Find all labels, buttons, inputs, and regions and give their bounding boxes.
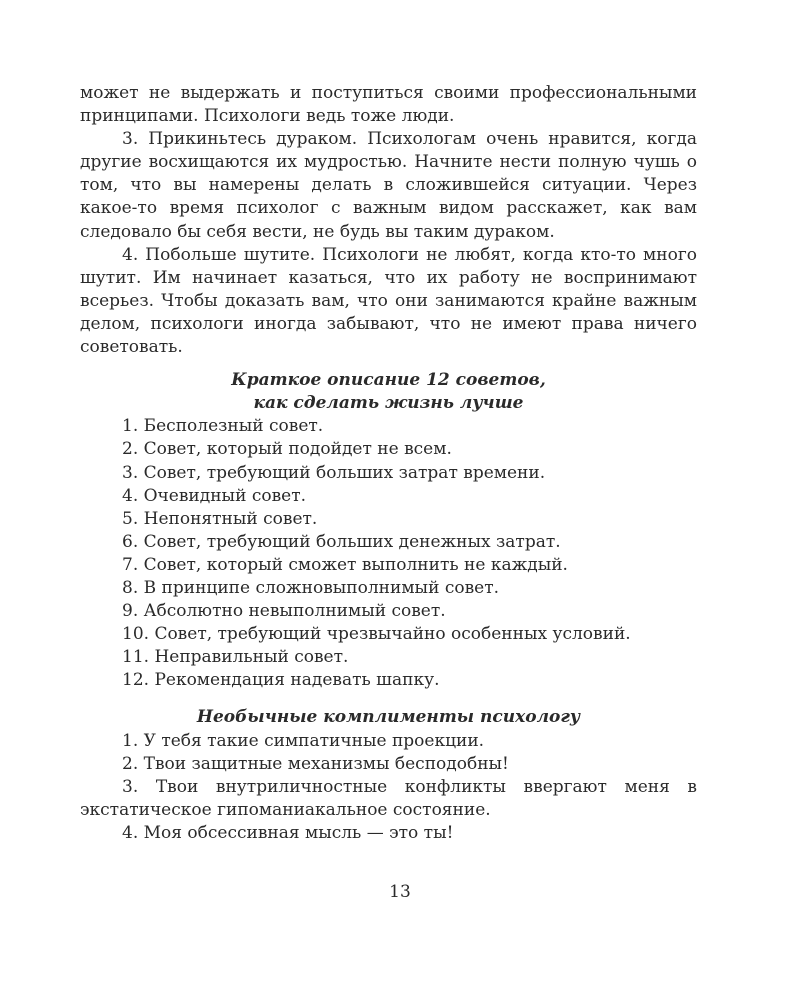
page-number: 13 (0, 882, 800, 902)
heading-line-2: как сделать жизнь лучше (80, 392, 697, 415)
paragraph-tip-3: 3. Прикиньтесь дураком. Психологам очень… (80, 128, 697, 243)
paragraph-continuation: может не выдержать и поступиться своими … (80, 82, 697, 128)
list-item: 2. Твои защитные механизмы бесподобны! (80, 753, 697, 776)
list-item: 6. Совет, требующий больших денежных зат… (80, 531, 697, 554)
list-item: 2. Совет, который подойдет не всем. (80, 438, 697, 461)
list-item: 11. Неправильный совет. (80, 646, 697, 669)
list-item: 9. Абсолютно невыполнимый совет. (80, 600, 697, 623)
paragraph-tip-4: 4. Побольше шутите. Психологи не любят, … (80, 244, 697, 359)
tips-list: 1. Бесполезный совет. 2. Совет, который … (80, 415, 697, 692)
list-item: 8. В принципе сложновыполнимый совет. (80, 577, 697, 600)
section-heading-12-tips: Краткое описание 12 советов, как сделать… (80, 369, 697, 415)
section-heading-compliments: Необычные комплименты психологу (80, 706, 697, 729)
list-item: 4. Очевидный совет. (80, 485, 697, 508)
compliments-list: 1. У тебя такие симпатичные проекции. 2.… (80, 730, 697, 845)
list-item: 1. Бесполезный совет. (80, 415, 697, 438)
heading-line-1: Краткое описание 12 советов, (80, 369, 697, 392)
list-item: 10. Совет, требующий чрезвычайно особенн… (80, 623, 697, 646)
list-item: 12. Рекомендация надевать шапку. (80, 669, 697, 692)
list-item: 3. Совет, требующий больших затрат време… (80, 462, 697, 485)
book-page: может не выдержать и поступиться своими … (80, 82, 697, 845)
list-item: 3. Твои внутриличностные конфликты вверг… (80, 776, 697, 822)
list-item: 4. Моя обсессивная мысль — это ты! (80, 822, 697, 845)
list-item: 5. Непонятный совет. (80, 508, 697, 531)
list-item: 1. У тебя такие симпатичные проекции. (80, 730, 697, 753)
list-item: 7. Совет, который сможет выполнить не ка… (80, 554, 697, 577)
